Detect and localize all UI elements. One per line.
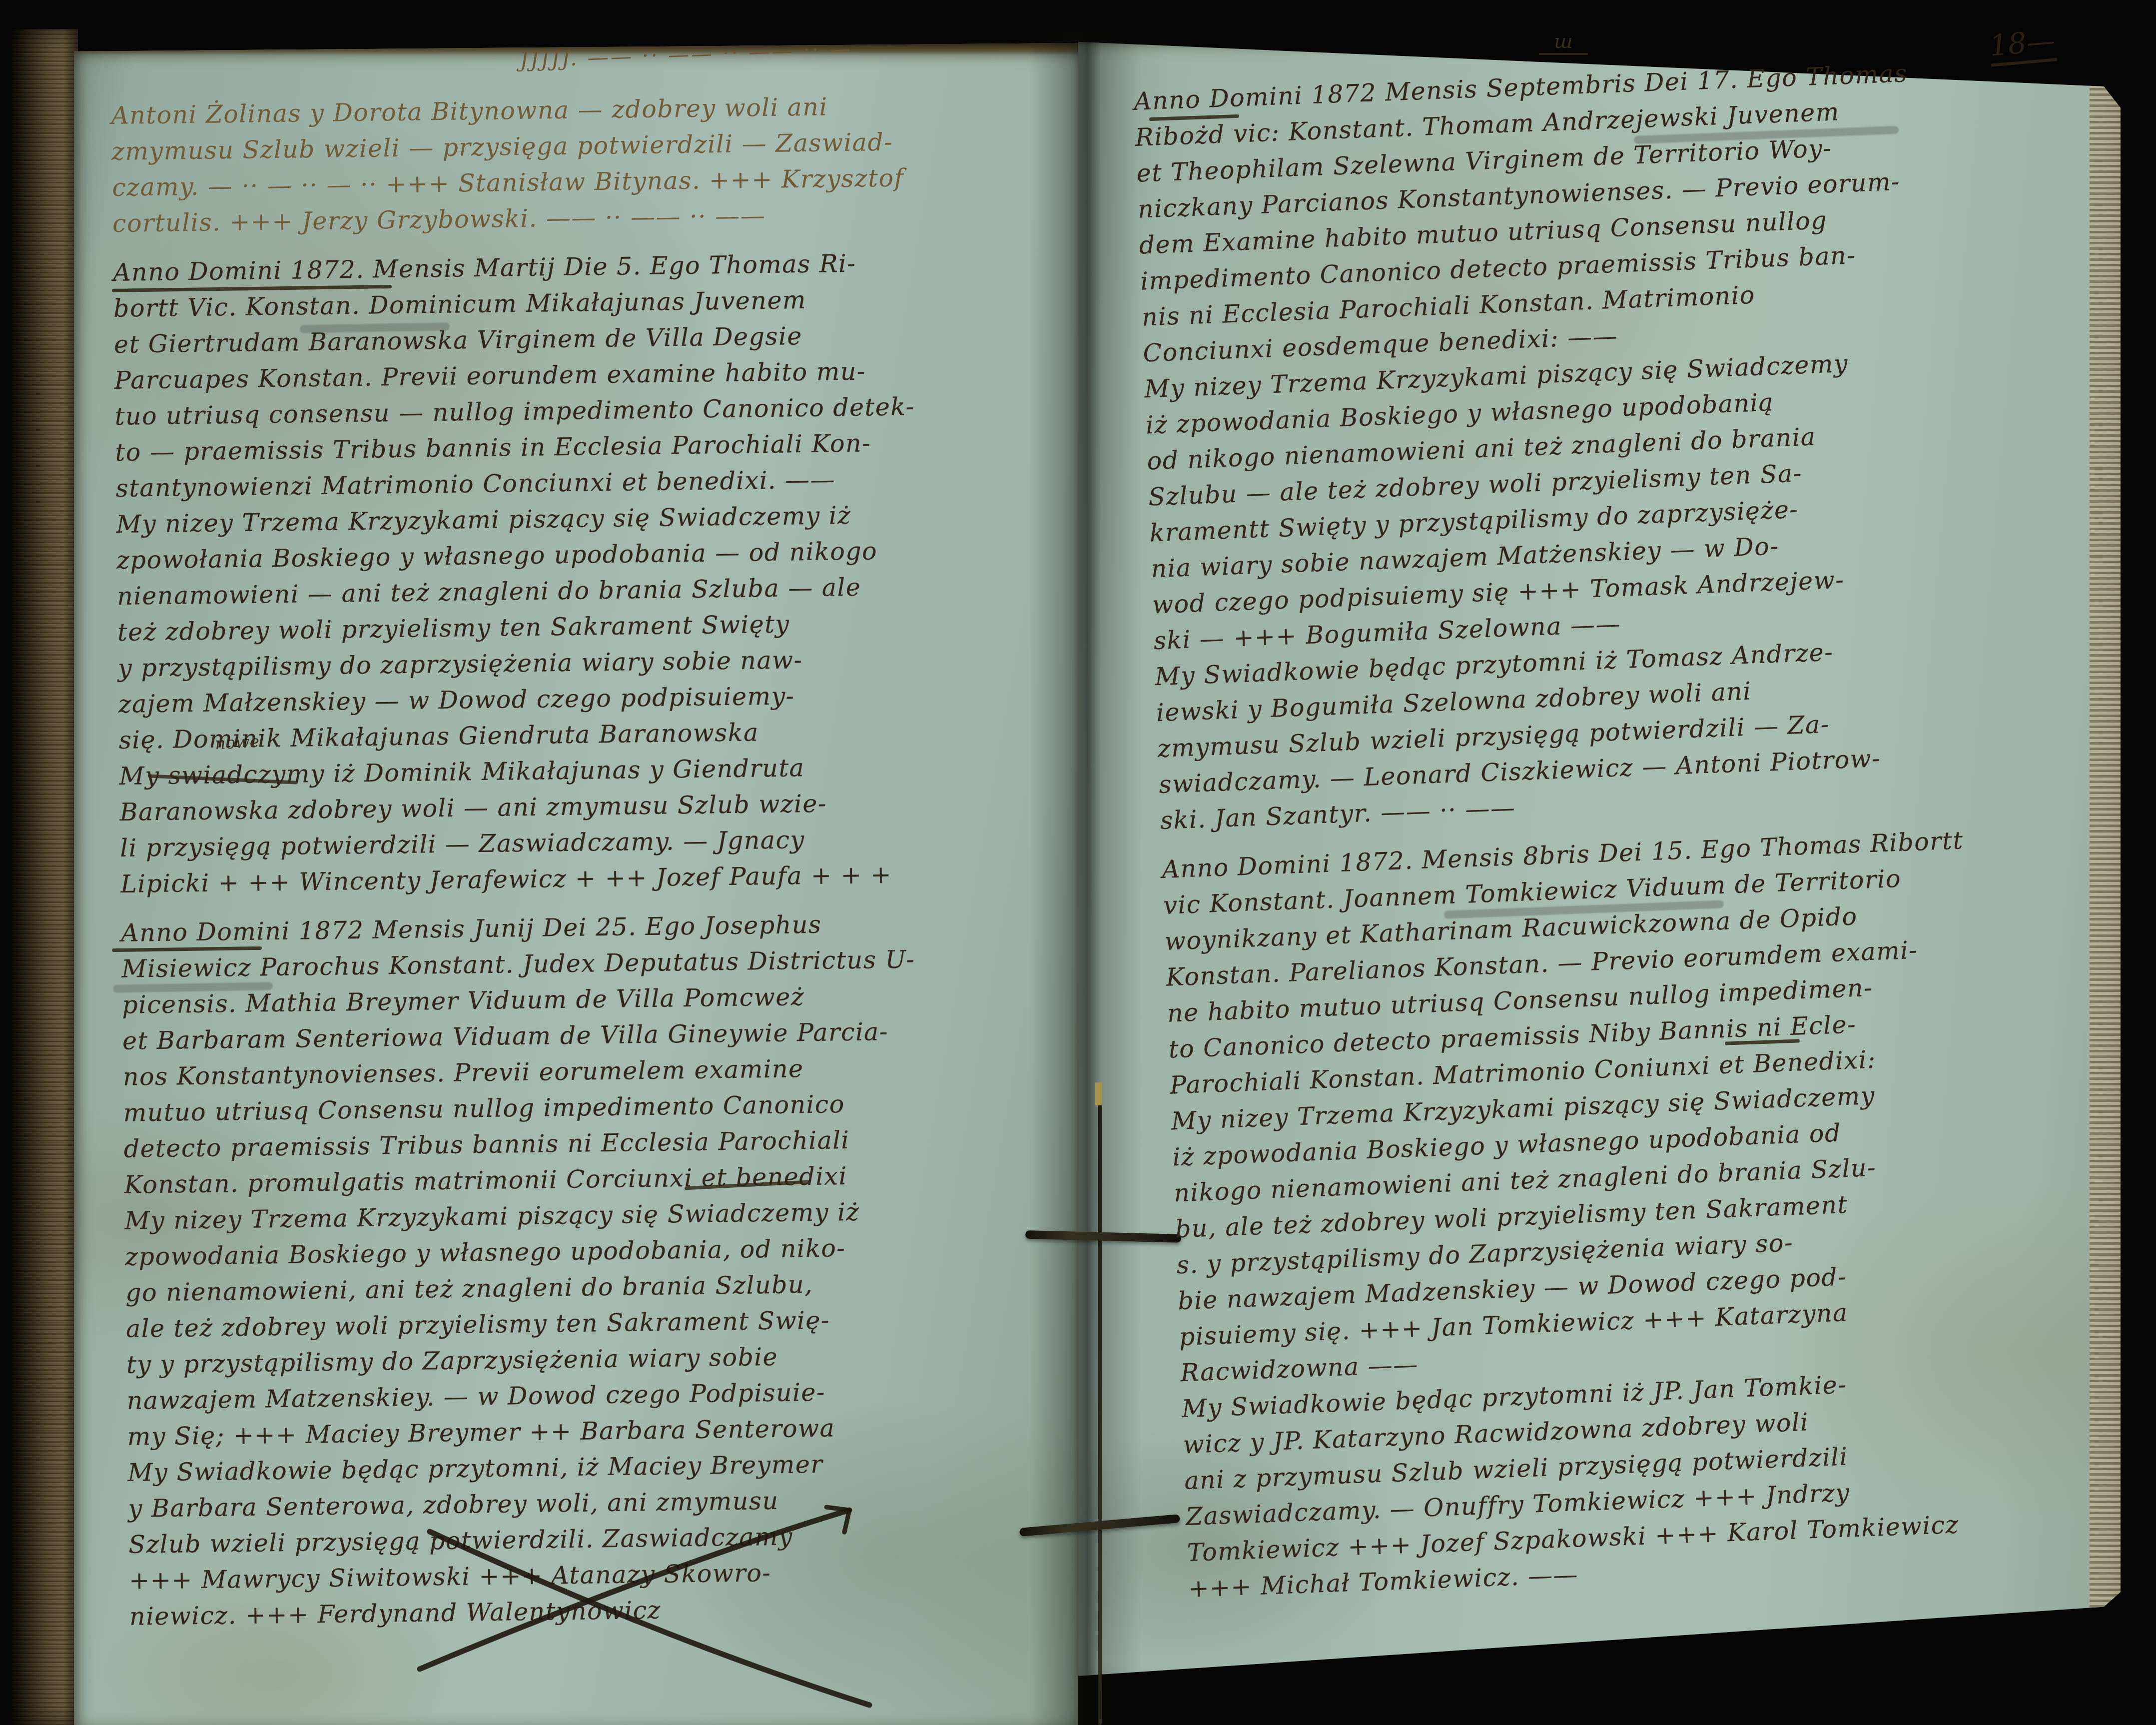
binding-thread-vertical bbox=[1098, 1103, 1102, 1725]
scanned-register-photo: JJJJJ. —— ·· —— ·· —— ·· — ш 18— Antoni … bbox=[0, 0, 2156, 1725]
left-page-text: Antoni Żolinas y Dorota Bitynowna — zdob… bbox=[111, 86, 1096, 1635]
insertion-note: nowe bbox=[214, 732, 260, 754]
cancellation-x-flourish bbox=[400, 1489, 889, 1709]
binding-thread-tip bbox=[1095, 1082, 1102, 1105]
right-header-mark: ш bbox=[1539, 30, 1588, 55]
right-page-text: Anno Domini 1872 Mensis Septembris Dei 1… bbox=[1133, 49, 2133, 1607]
book-spine-edge bbox=[12, 29, 78, 1725]
